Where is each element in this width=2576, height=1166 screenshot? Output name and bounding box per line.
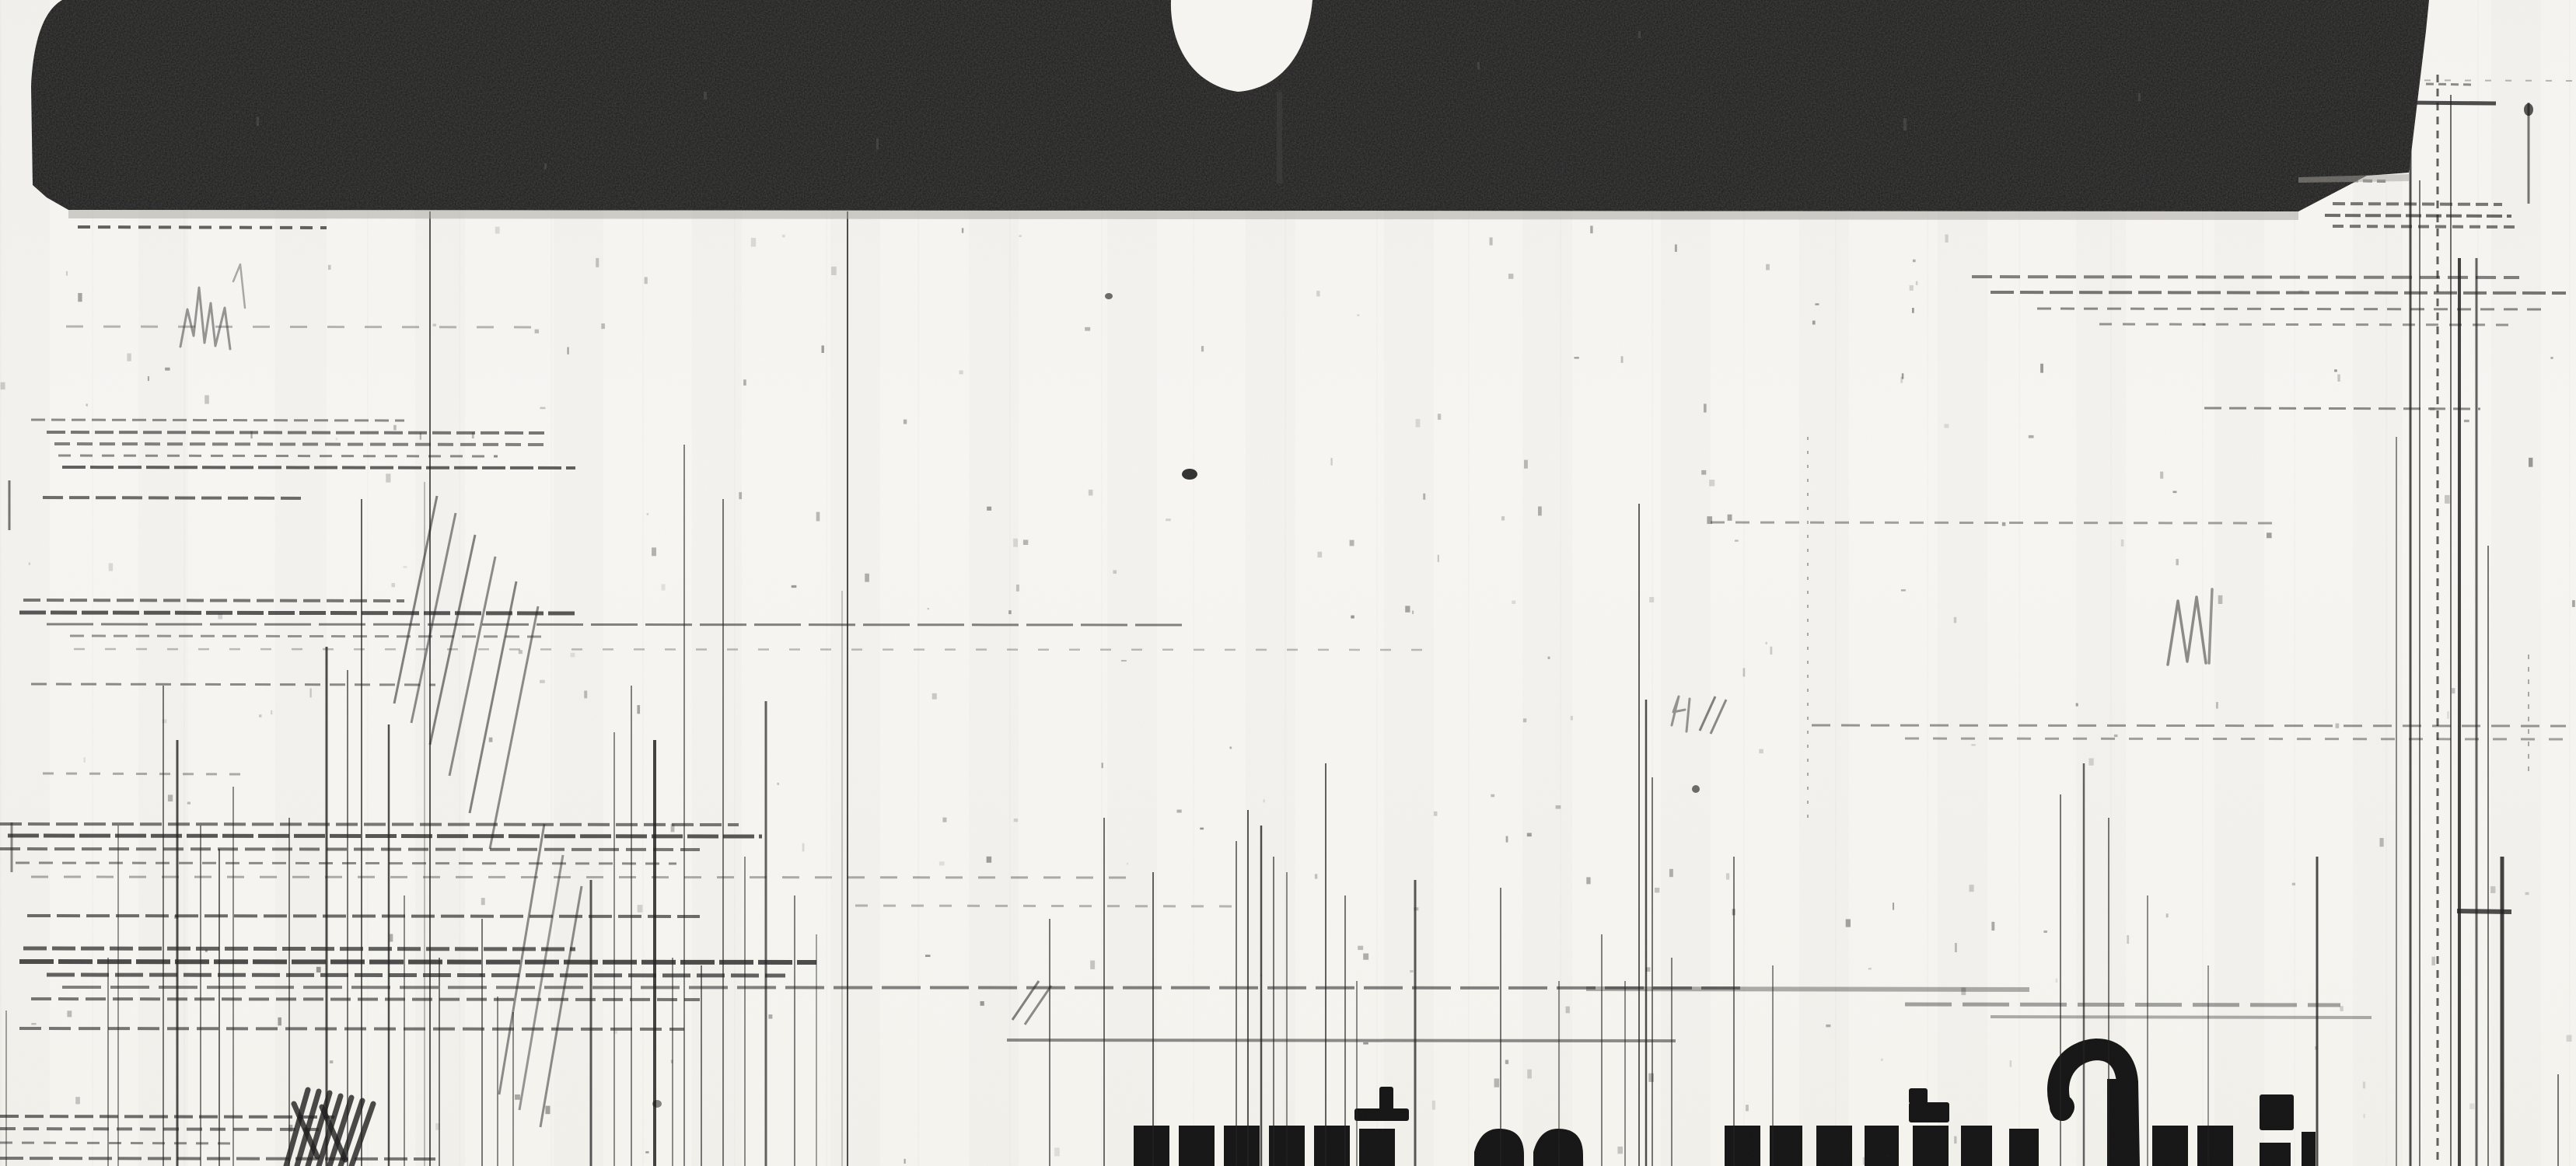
scanned-page: ตอนที่ ๑๑ พบกันใหม่ [0,0,2576,1166]
paper-grain-overlay [0,0,2576,1166]
scan-artwork [0,0,2576,1166]
